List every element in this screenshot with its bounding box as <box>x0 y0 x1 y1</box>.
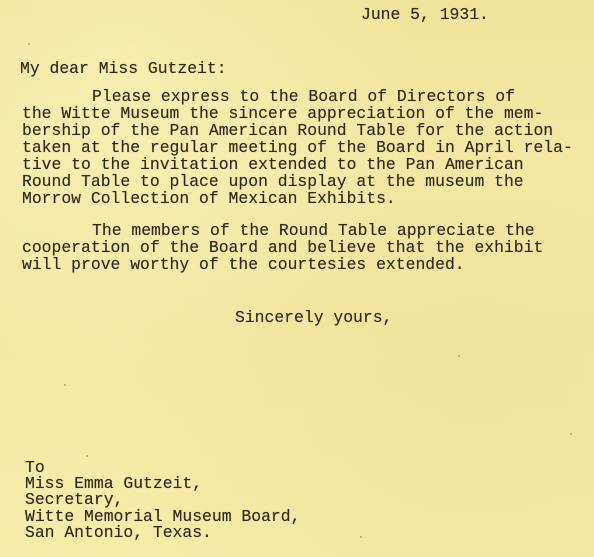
paragraph-1-line: bership of the Pan American Round Table … <box>22 122 553 139</box>
paragraph-1-line: tive to the invitation extended to the P… <box>22 156 524 173</box>
paragraph-2-line: cooperation of the Board and believe tha… <box>22 239 543 256</box>
address-line: San Antonio, Texas. <box>25 524 212 541</box>
paper-speck <box>570 433 572 435</box>
letter-page: June 5, 1931. My dear Miss Gutzeit: Plea… <box>0 0 594 557</box>
paragraph-1-line: the Witte Museum the sincere appreciatio… <box>22 105 543 122</box>
letter-date: June 5, 1931. <box>361 6 489 23</box>
paper-speck <box>86 455 88 457</box>
paragraph-1-line: Please express to the Board of Directors… <box>33 88 515 105</box>
paragraph-1-line: taken at the regular meeting of the Boar… <box>22 139 573 156</box>
paper-speck <box>458 355 460 357</box>
paragraph-2-line: The members of the Round Table appreciat… <box>33 222 535 239</box>
paragraph-1-line: Morrow Collection of Mexican Exhibits. <box>22 190 396 207</box>
salutation: My dear Miss Gutzeit: <box>20 60 227 77</box>
paragraph-2-line: will prove worthy of the courtesies exte… <box>22 256 465 273</box>
paragraph-1-line: Round Table to place upon display at the… <box>22 173 524 190</box>
paper-speck <box>360 536 362 538</box>
paper-speck <box>28 43 30 45</box>
closing: Sincerely yours, <box>235 309 392 326</box>
address-line: Secretary, <box>25 491 123 508</box>
paper-speck <box>64 384 66 386</box>
